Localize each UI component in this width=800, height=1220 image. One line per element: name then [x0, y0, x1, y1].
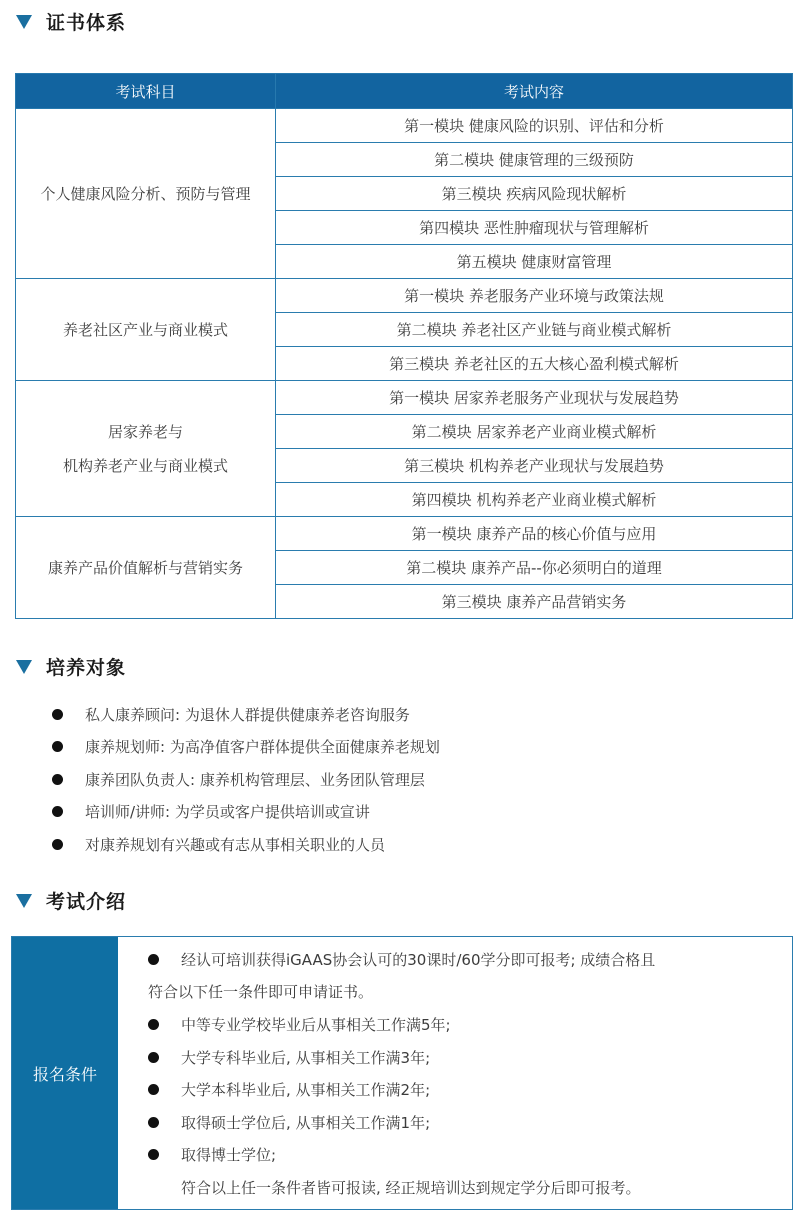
triangle-down-icon: [16, 15, 32, 29]
module-cell: 第二模块 康养产品--你必须明白的道理: [276, 551, 793, 585]
bullet-icon: [148, 1084, 159, 1095]
exam-condition: 取得硕士学位后, 从事相关工作满1年;: [148, 1106, 792, 1139]
list-item: 对康养规划有兴趣或有志从事相关职业的人员: [52, 828, 440, 861]
exam-condition: 大学专科毕业后, 从事相关工作满3年;: [148, 1041, 792, 1074]
module-cell: 第二模块 居家养老产业商业模式解析: [276, 415, 793, 449]
list-item: 私人康养顾问: 为退休人群提供健康养老咨询服务: [52, 698, 440, 731]
exam-condition: 取得博士学位;: [148, 1139, 792, 1172]
bullet-icon: [52, 709, 63, 720]
bullet-icon: [148, 1149, 159, 1160]
certificate-table: 考试科目 考试内容 个人健康风险分析、预防与管理 第一模块 健康风险的识别、评估…: [15, 73, 793, 619]
table-row: 养老社区产业与商业模式 第一模块 养老服务产业环境与政策法规: [16, 279, 793, 313]
module-cell: 第三模块 疾病风险现状解析: [276, 177, 793, 211]
module-cell: 第三模块 机构养老产业现状与发展趋势: [276, 449, 793, 483]
bullet-icon: [148, 1052, 159, 1063]
list-item: 培训师/讲师: 为学员或客户提供培训或宣讲: [52, 796, 440, 829]
module-cell: 第一模块 健康风险的识别、评估和分析: [276, 109, 793, 143]
header-subject: 考试科目: [16, 74, 276, 109]
exam-intro-line-2: 符合以下任一条件即可申请证书。: [148, 976, 792, 1009]
bullet-icon: [148, 1117, 159, 1128]
list-item: 康养规划师: 为高净值客户群体提供全面健康养老规划: [52, 731, 440, 764]
subject-cell: 个人健康风险分析、预防与管理: [16, 109, 276, 279]
section-title-audience: 培养对象: [16, 653, 126, 680]
module-cell: 第三模块 养老社区的五大核心盈利模式解析: [276, 347, 793, 381]
exam-body: 经认可培训获得iGAAS协会认可的30课时/60学分即可报考; 成绩合格且 符合…: [118, 937, 792, 1209]
exam-intro-line: 经认可培训获得iGAAS协会认可的30课时/60学分即可报考; 成绩合格且: [148, 943, 792, 976]
module-cell: 第二模块 养老社区产业链与商业模式解析: [276, 313, 793, 347]
audience-list: 私人康养顾问: 为退休人群提供健康养老咨询服务 康养规划师: 为高净值客户群体提…: [52, 698, 440, 861]
module-cell: 第一模块 养老服务产业环境与政策法规: [276, 279, 793, 313]
header-content: 考试内容: [276, 74, 793, 109]
module-cell: 第四模块 机构养老产业商业模式解析: [276, 483, 793, 517]
bullet-icon: [52, 774, 63, 785]
exam-condition: 大学本科毕业后, 从事相关工作满2年;: [148, 1073, 792, 1106]
exam-condition: 中等专业学校毕业后从事相关工作满5年;: [148, 1008, 792, 1041]
subject-cell: 居家养老与 机构养老产业与商业模式: [16, 381, 276, 517]
triangle-down-icon: [16, 660, 32, 674]
subject-cell: 康养产品价值解析与营销实务: [16, 517, 276, 619]
table-row: 居家养老与 机构养老产业与商业模式 第一模块 居家养老服务产业现状与发展趋势: [16, 381, 793, 415]
section-title-certificate-system: 证书体系: [16, 8, 126, 35]
module-cell: 第一模块 康养产品的核心价值与应用: [276, 517, 793, 551]
table-row: 康养产品价值解析与营销实务 第一模块 康养产品的核心价值与应用: [16, 517, 793, 551]
bullet-icon: [148, 1019, 159, 1030]
bullet-icon: [52, 839, 63, 850]
bullet-icon: [52, 806, 63, 817]
module-cell: 第一模块 居家养老服务产业现状与发展趋势: [276, 381, 793, 415]
exam-requirements-box: 报名条件 经认可培训获得iGAAS协会认可的30课时/60学分即可报考; 成绩合…: [11, 936, 793, 1210]
exam-label: 报名条件: [12, 937, 118, 1209]
list-item: 康养团队负责人: 康养机构管理层、业务团队管理层: [52, 763, 440, 796]
module-cell: 第二模块 健康管理的三级预防: [276, 143, 793, 177]
table-row: 个人健康风险分析、预防与管理 第一模块 健康风险的识别、评估和分析: [16, 109, 793, 143]
exam-footer-note: 符合以上任一条件者皆可报读, 经正规培训达到规定学分后即可报考。: [148, 1171, 792, 1204]
section-title-exam-intro: 考试介绍: [16, 887, 126, 914]
bullet-icon: [148, 954, 159, 965]
module-cell: 第四模块 恶性肿瘤现状与管理解析: [276, 211, 793, 245]
triangle-down-icon: [16, 894, 32, 908]
module-cell: 第三模块 康养产品营销实务: [276, 585, 793, 619]
table-header-row: 考试科目 考试内容: [16, 74, 793, 109]
bullet-icon: [52, 741, 63, 752]
subject-cell: 养老社区产业与商业模式: [16, 279, 276, 381]
module-cell: 第五模块 健康财富管理: [276, 245, 793, 279]
